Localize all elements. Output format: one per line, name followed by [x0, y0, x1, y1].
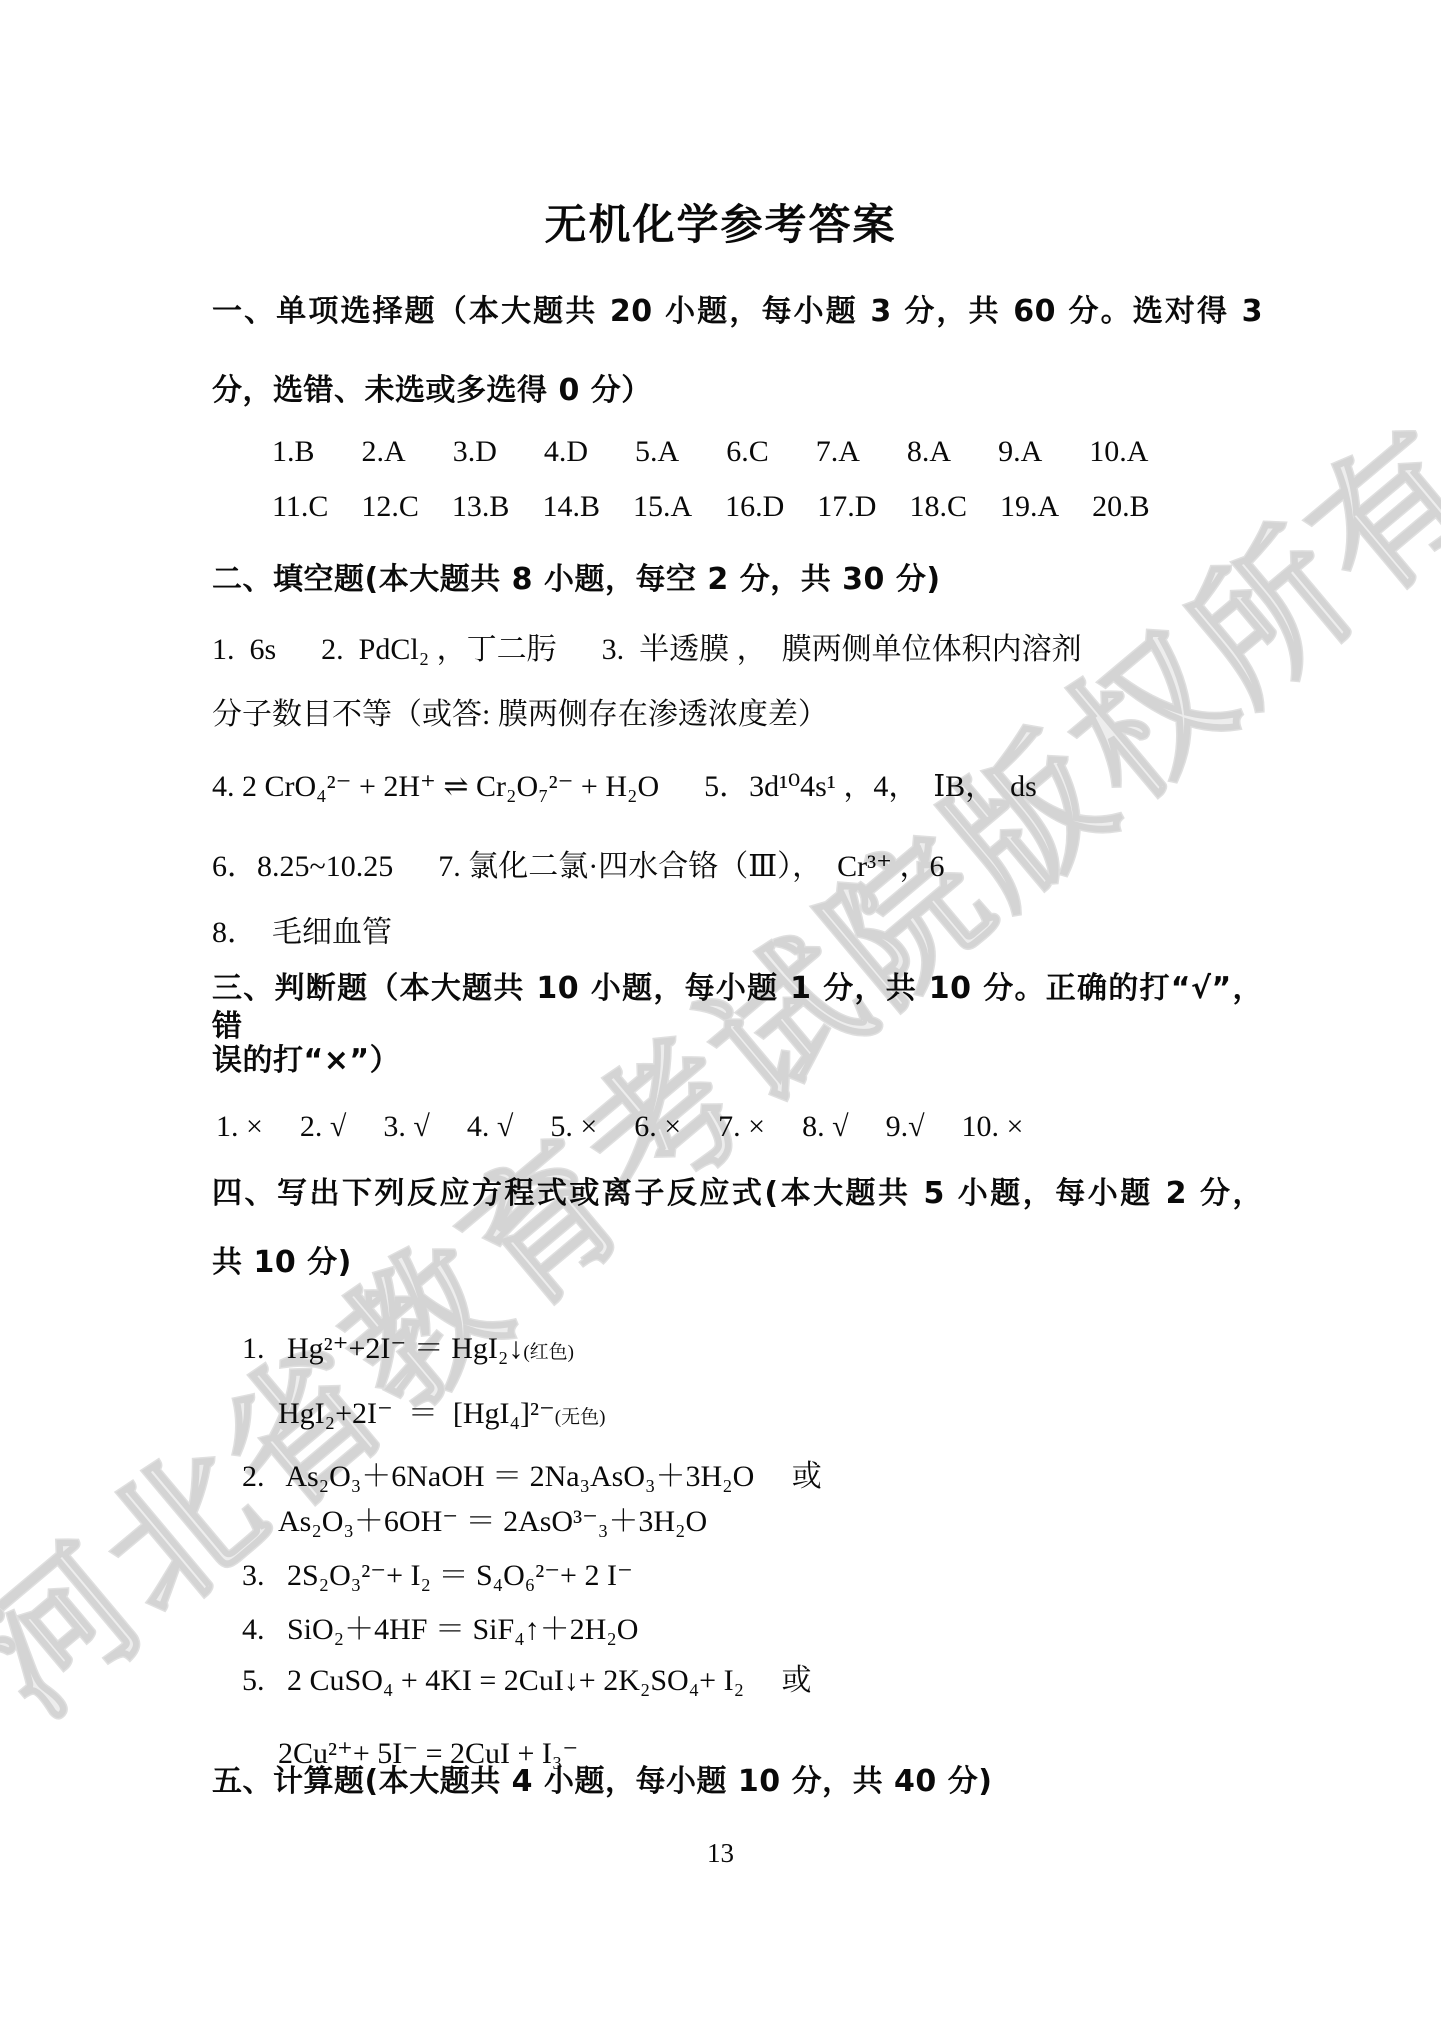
fill-answer-line-2: 分子数目不等（或答: 膜两侧存在渗透浓度差） — [212, 696, 1263, 734]
judgment-answer: 5. × — [550, 1108, 597, 1146]
mc-answer: 7.A — [816, 433, 860, 471]
mc-answer: 3.D — [453, 433, 497, 471]
section1-heading-line1: 一、单项选择题（本大题共 20 小题，每小题 3 分，共 60 分。选对得 3 — [212, 293, 1263, 331]
judgment-answer: 8. √ — [802, 1108, 848, 1146]
page-title: 无机化学参考答案 — [0, 192, 1441, 252]
fill-answer-line-3: 4. 2 CrO₄²⁻ + 2H⁺ ⇌ Cr₂O₇²⁻ + H₂O 5．3d¹⁰… — [212, 768, 1263, 806]
judgment-answer: 6. × — [634, 1108, 681, 1146]
judgment-answers-row: 1. × 2. √ 3. √ 4. √ 5. × 6. × 7. × 8. √ … — [212, 1108, 1263, 1146]
judgment-answer: 3. √ — [383, 1108, 429, 1146]
fill-answer-line-4: 6．8.25~10.25 7. 氯化二氯·四水合铬（Ⅲ）， Cr³⁺ ，6 — [212, 848, 1263, 886]
section1-heading-line2: 分，选错、未选或多选得 0 分） — [212, 372, 1263, 410]
mc-answer: 6.C — [726, 433, 769, 471]
mc-answer: 9.A — [998, 433, 1042, 471]
mc-answer: 13.B — [452, 488, 510, 526]
mc-answer: 20.B — [1092, 488, 1150, 526]
mc-answer: 1.B — [272, 433, 315, 471]
section3-heading-line1: 三、判断题（本大题共 10 小题，每小题 1 分，共 10 分。正确的打“√”，… — [212, 970, 1263, 1045]
judgment-answer: 7. × — [718, 1108, 765, 1146]
section5-heading: 五、计算题(本大题共 4 小题，每小题 10 分，共 40 分) — [212, 1763, 1263, 1801]
section2-heading: 二、填空题(本大题共 8 小题，每空 2 分，共 30 分) — [212, 561, 1263, 599]
section4-heading-line1: 四、写出下列反应方程式或离子反应式(本大题共 5 小题，每小题 2 分， — [212, 1175, 1263, 1213]
mc-answer: 11.C — [272, 488, 328, 526]
answer-sheet-page: 河北省教育考试院版权所有 无机化学参考答案 一、单项选择题（本大题共 20 小题… — [0, 0, 1441, 2040]
mc-answer: 15.A — [633, 488, 692, 526]
fill-answer-line-1: 1. 6s 2. PdCl₂ ，丁二肟 3. 半透膜 ， 膜两侧单位体积内溶剂 — [212, 631, 1263, 669]
judgment-answer: 2. √ — [300, 1108, 346, 1146]
mc-answer: 10.A — [1089, 433, 1148, 471]
mc-answer: 5.A — [635, 433, 679, 471]
mc-answer: 8.A — [907, 433, 951, 471]
page-number: 13 — [0, 1838, 1441, 1869]
judgment-answer: 4. √ — [467, 1108, 513, 1146]
mc-answer: 17.D — [817, 488, 876, 526]
mc-answers-row-2: 11.C 12.C 13.B 14.B 15.A 16.D 17.D 18.C … — [212, 488, 1263, 526]
mc-answer: 14.B — [542, 488, 600, 526]
mc-answer: 4.D — [544, 433, 588, 471]
mc-answer: 2.A — [362, 433, 406, 471]
judgment-answer: 9.√ — [886, 1108, 925, 1146]
fill-answer-line-5: 8． 毛细血管 — [212, 914, 1263, 952]
mc-answer: 19.A — [1000, 488, 1059, 526]
mc-answer: 16.D — [725, 488, 784, 526]
mc-answers-row-1: 1.B 2.A 3.D 4.D 5.A 6.C 7.A 8.A 9.A 10.A — [212, 433, 1263, 471]
section3-heading-line2: 误的打“×”） — [212, 1042, 1263, 1080]
judgment-answer: 1. × — [216, 1108, 263, 1146]
judgment-answer: 10. × — [962, 1108, 1024, 1146]
section4-heading-line2: 共 10 分) — [212, 1244, 1263, 1282]
mc-answer: 18.C — [909, 488, 967, 526]
equation-text: 5. 2 CuSO₄ + 4KI = 2CuI↓+ 2K₂SO₄+ I₂ 或 — [242, 1664, 812, 1697]
mc-answer: 12.C — [361, 488, 419, 526]
